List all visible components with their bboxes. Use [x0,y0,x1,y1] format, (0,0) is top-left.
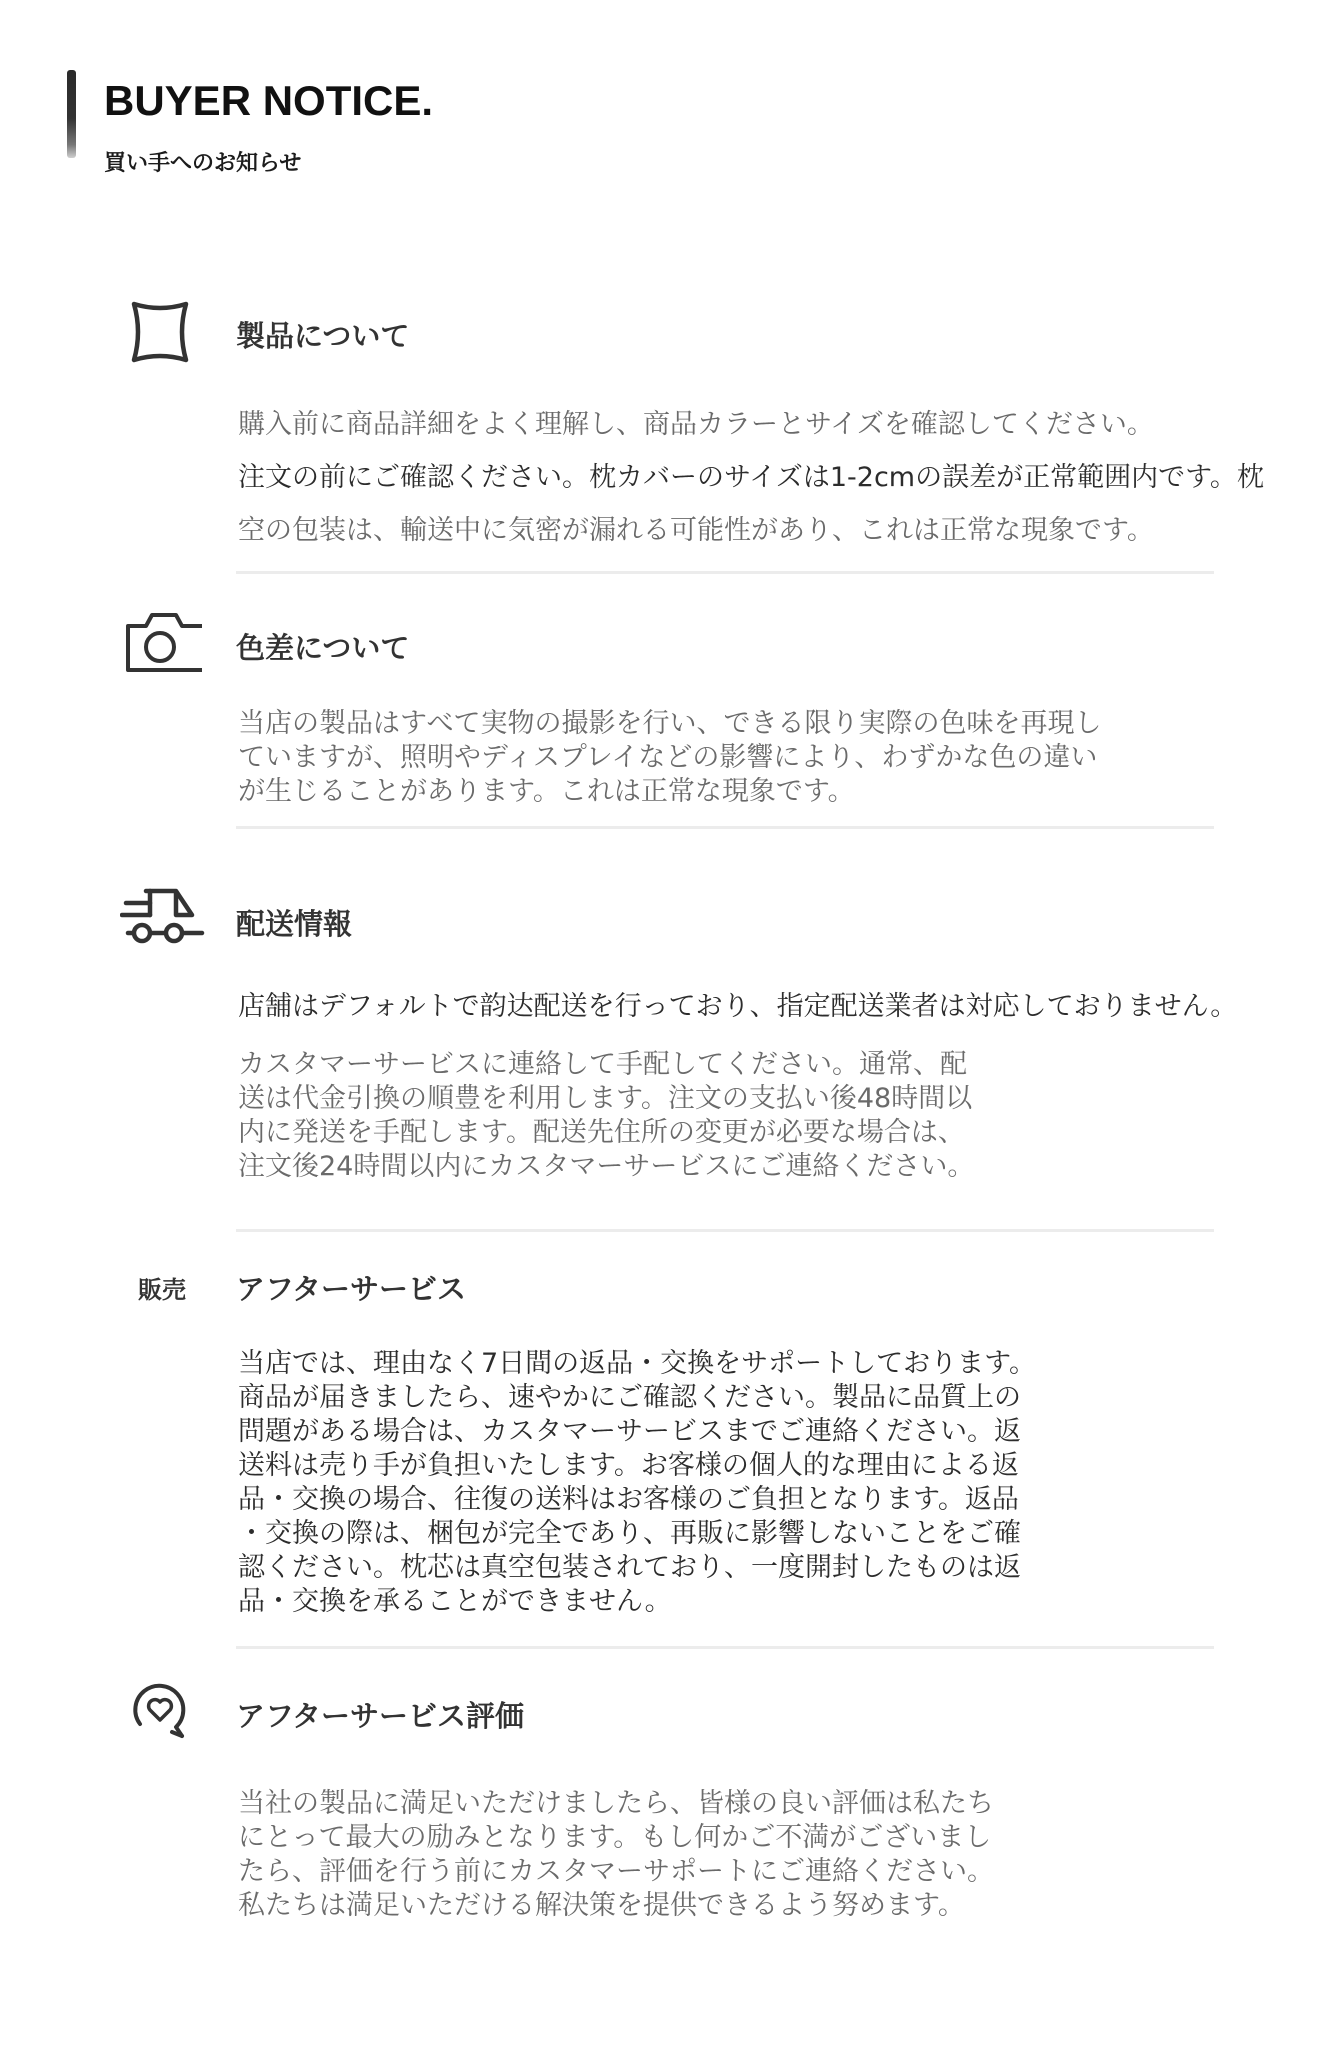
product-line-3: 空の包装は、輸送中に気密が漏れる可能性があり、これは正常な現象です。 [238,504,1264,557]
color-line-1: 当店の製品はすべて実物の撮影を行い、できる限り実際の色味を再現し [238,707,1101,741]
heart-chat-icon [130,1682,192,1748]
section-body-shipping: 店舗はデフォルトで韵达配送を行っており、指定配送業者は対応しておりません。 [238,990,1237,1024]
sales-label-icon: 販売 [138,1270,186,1305]
page-title: BUYER NOTICE. [104,76,433,126]
section-body-after-sales: 当店では、理由なく7日間の返品・交換をサポートしております。 商品が届きましたら… [238,1347,1036,1619]
delivery-truck-icon [120,885,206,951]
after-sales-line-6: ・交換の際は、梱包が完全であり、再販に影響しないことをご確 [238,1517,1036,1551]
section-title-color: 色差について [236,626,409,667]
section-title-after-sales: アフターサービス [236,1267,466,1308]
divider [236,571,1214,574]
review-line-2: にとって最大の励みとなります。もし何かご不満がございまし [238,1821,994,1855]
section-title-product: 製品について [236,314,409,355]
review-line-4: 私たちは満足いただける解決策を提供できるよう努めます。 [238,1889,994,1923]
shipping-line-4: 注文後24時間以内にカスタマーサービスにご連絡ください。 [238,1150,974,1184]
review-line-3: たら、評価を行う前にカスタマーサポートにご連絡ください。 [238,1855,994,1889]
section-title-review: アフターサービス評価 [236,1694,524,1735]
color-line-2: ていますが、照明やディスプレイなどの影響により、わずかな色の違い [238,741,1101,775]
shipping-lead: 店舗はデフォルトで韵达配送を行っており、指定配送業者は対応しておりません。 [238,990,1237,1024]
divider [236,1646,1214,1649]
after-sales-line-1: 当店では、理由なく7日間の返品・交換をサポートしております。 [238,1347,1036,1381]
section-body-product: 購入前に商品詳細をよく理解し、商品カラーとサイズを確認してください。 注文の前に… [238,398,1264,557]
after-sales-line-5: 品・交換の場合、往復の送料はお客様のご負担となります。返品 [238,1483,1036,1517]
after-sales-line-2: 商品が届きましたら、速やかにご確認ください。製品に品質上の [238,1381,1036,1415]
camera-icon [124,610,204,678]
after-sales-line-7: 認ください。枕芯は真空包装されており、一度開封したものは返 [238,1551,1036,1585]
page-subtitle: 買い手へのお知らせ [104,146,301,177]
after-sales-line-8: 品・交換を承ることができません。 [238,1585,1036,1619]
after-sales-line-4: 送料は売り手が負担いたします。お客様の個人的な理由による返 [238,1449,1036,1483]
shipping-line-1: カスタマーサービスに連絡して手配してください。通常、配 [238,1048,974,1082]
shipping-line-3: 内に発送を手配します。配送先住所の変更が必要な場合は、 [238,1116,974,1150]
review-line-1: 当社の製品に満足いただけましたら、皆様の良い評価は私たち [238,1787,994,1821]
color-line-3: が生じることがあります。これは正常な現象です。 [238,775,1101,809]
product-line-2: 注文の前にご確認ください。枕カバーのサイズは1-2cmの誤差が正常範囲内です。枕 [238,451,1264,504]
pillow-icon [126,298,194,370]
shipping-line-2: 送は代金引換の順豊を利用します。注文の支払い後48時間以 [238,1082,974,1116]
divider [236,1229,1214,1232]
product-line-1: 購入前に商品詳細をよく理解し、商品カラーとサイズを確認してください。 [238,398,1264,451]
section-body-review: 当社の製品に満足いただけましたら、皆様の良い評価は私たち にとって最大の励みとな… [238,1787,994,1923]
section-body-shipping-detail: カスタマーサービスに連絡して手配してください。通常、配 送は代金引換の順豊を利用… [238,1048,974,1184]
divider [236,826,1214,829]
section-title-shipping: 配送情報 [236,902,352,943]
header-accent-bar [67,70,76,158]
section-body-color: 当店の製品はすべて実物の撮影を行い、できる限り実際の色味を再現し ていますが、照… [238,707,1101,809]
after-sales-line-3: 問題がある場合は、カスタマーサービスまでご連絡ください。返 [238,1415,1036,1449]
